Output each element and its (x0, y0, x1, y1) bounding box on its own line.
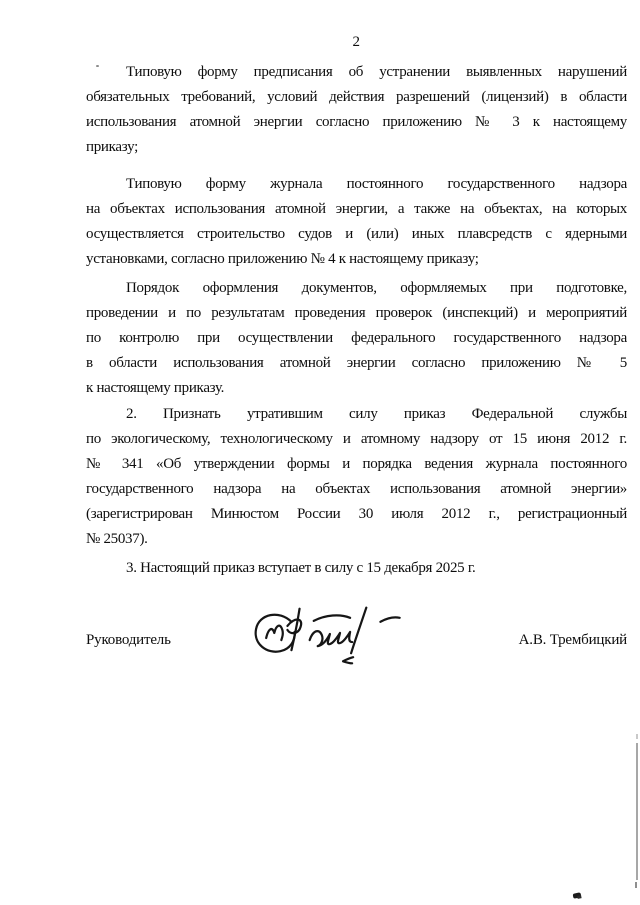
scan-edge-tick (635, 882, 637, 888)
text-line: (зарегистрирован Минюстом России 30 июля… (86, 502, 627, 527)
text-line: к настоящему приказу. (86, 376, 627, 401)
text-line: Типовую форму журнала постоянного госуда… (86, 172, 627, 197)
signer-title: Руководитель (86, 631, 171, 650)
page-number: 2 (86, 33, 627, 52)
text-block: 2 Типовую форму предписания об устранени… (86, 0, 627, 676)
signature-autograph-icon (249, 601, 431, 671)
paragraph: Типовую форму журнала постоянного госуда… (86, 172, 627, 272)
signer-name: А.В. Трембицкий (519, 631, 627, 650)
scan-edge-dash (636, 734, 638, 739)
text-line: использования атомной энергии согласно п… (86, 110, 627, 135)
document-body: Типовую форму предписания об устранении … (86, 60, 627, 581)
text-line: установками, согласно приложению № 4 к н… (86, 247, 627, 272)
text-line: в области использования атомной энергии … (86, 351, 627, 376)
scan-speck-artifact (573, 892, 582, 899)
text-line: по контролю при осуществлении федерально… (86, 326, 627, 351)
text-line: проведении и по результатам проведения п… (86, 301, 627, 326)
paragraph: 3. Настоящий приказ вступает в силу с 15… (86, 556, 627, 581)
text-line: 3. Настоящий приказ вступает в силу с 15… (86, 556, 627, 581)
text-line: государственного надзора на объектах исп… (86, 477, 627, 502)
document-page: 2 Типовую форму предписания об устранени… (0, 0, 640, 905)
text-line: № 25037). (86, 527, 627, 552)
text-line: осуществляется строительство судов и (ил… (86, 222, 627, 247)
paragraph: Типовую форму предписания об устранении … (86, 60, 627, 160)
text-line: на объектах использования атомной энерги… (86, 197, 627, 222)
text-line: № 341 «Об утверждении формы и порядка ве… (86, 452, 627, 477)
paragraph: Порядок оформления документов, оформляем… (86, 276, 627, 401)
text-line: обязательных требований, условий действи… (86, 85, 627, 110)
paragraph: 2. Признать утратившим силу приказ Федер… (86, 402, 627, 552)
scan-dot-artifact (96, 65, 99, 67)
text-line: по экологическому, технологическому и ат… (86, 427, 627, 452)
text-line: 2. Признать утратившим силу приказ Федер… (86, 402, 627, 427)
text-line: Типовую форму предписания об устранении … (86, 60, 627, 85)
signature-block: Руководитель А.В. Трембицкий (86, 631, 627, 676)
text-line: приказу; (86, 135, 627, 160)
text-line: Порядок оформления документов, оформляем… (86, 276, 627, 301)
scan-edge-line (636, 743, 638, 880)
